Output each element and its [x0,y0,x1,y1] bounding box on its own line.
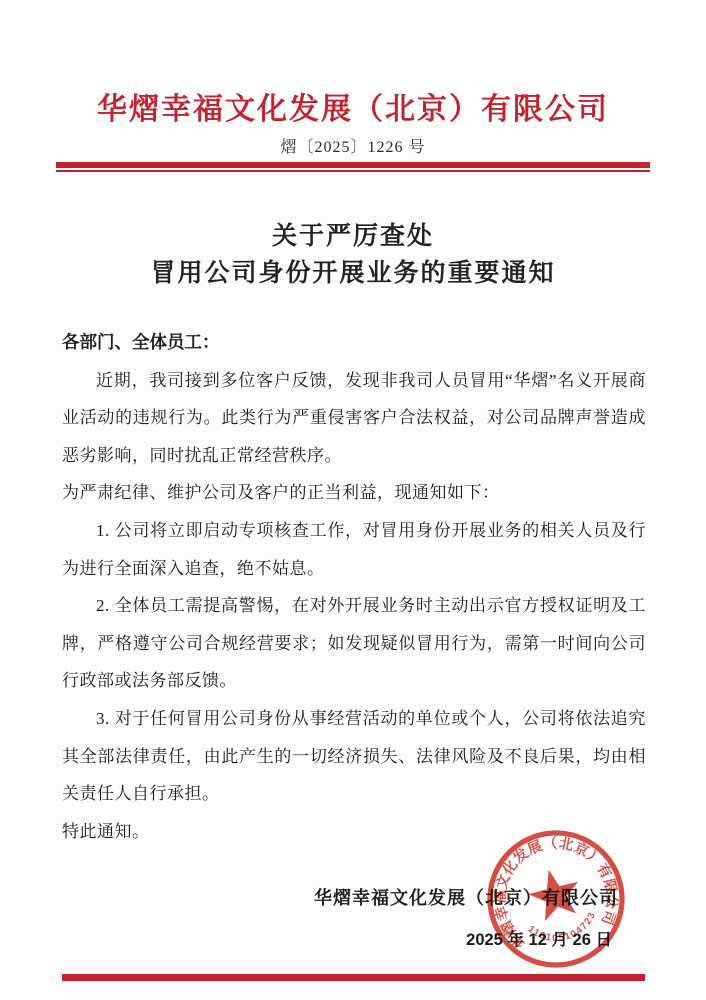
body-paragraph: 为严肃纪律、维护公司及客户的正当利益，现通知如下： [62,474,646,512]
body-paragraphs: 近期，我司接到多位客户反馈，发现非我司人员冒用“华熠”名义开展商业活动的违规行为… [62,362,646,851]
body-paragraph: 近期，我司接到多位客户反馈，发现非我司人员冒用“华熠”名义开展商业活动的违规行为… [62,362,646,475]
document-number: 熠〔2025〕1226 号 [0,134,706,157]
document-title: 关于严厉查处 冒用公司身份开展业务的重要通知 [0,218,706,292]
header-separator-line [56,162,650,172]
signature-date: 2025 年 12 月 26 日 [0,926,612,950]
document-title-line2: 冒用公司身份开展业务的重要通知 [0,255,706,292]
separator-thick-line [56,162,650,168]
body-paragraph: 1. 公司将立即启动专项核查工作，对冒用身份开展业务的相关人员及行为进行全面深入… [62,512,646,587]
body-paragraph: 2. 全体员工需提高警惕，在对外开展业务时主动出示官方授权证明及工牌，严格遵守公… [62,587,646,700]
body-paragraph: 特此通知。 [62,813,646,851]
document-title-line1: 关于严厉查处 [0,218,706,255]
document-body: 各部门、全体员工： 近期，我司接到多位客户反馈，发现非我司人员冒用“华熠”名义开… [62,324,646,850]
body-paragraph: 3. 对于任何冒用公司身份从事经营活动的单位或个人，公司将依法追究其全部法律责任… [62,700,646,813]
document-page: 华熠幸福文化发展（北京）有限公司 熠〔2025〕1226 号 关于严厉查处 冒用… [0,0,706,1000]
salutation: 各部门、全体员工： [62,324,646,362]
separator-thin-line [56,170,650,172]
company-header-title: 华熠幸福文化发展（北京）有限公司 [0,84,706,128]
footer-separator-line [62,974,645,981]
signature-company-name: 华熠幸福文化发展（北京）有限公司 [0,884,618,910]
